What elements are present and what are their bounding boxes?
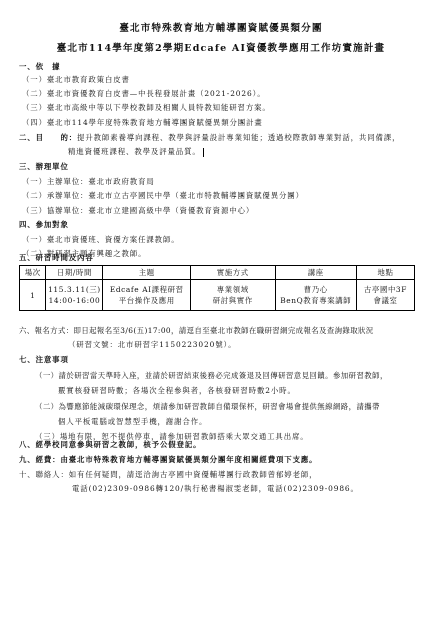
col-header-datetime: 日期/時間 [46,266,103,280]
text-cursor [203,148,204,157]
organizer-item: （三）協辦單位：臺北市立建國高級中學（資優教育資源中心） [22,206,254,216]
document-page: 臺北市特殊教育地方輔導團資賦優異類分團 臺北市114學年度第2學期Edcafe … [0,0,442,628]
document-title-line1: 臺北市特殊教育地方輔導團資賦優異類分團 [0,20,442,34]
section-purpose: 二、目 的：提升教師素養導向課程、教學與評量設計專業知能；透過校際教師專業對話，… [19,133,400,143]
purpose-text-line2-wrap[interactable]: 精進資優班課程、教學及評量品質。 [68,147,204,157]
col-header-topic: 主題 [103,266,191,280]
col-header-session: 場次 [20,266,46,280]
basis-item: （四）臺北市114學年度特殊教育地方輔導團資賦優異類分團計畫 [22,118,263,128]
basis-item: （一）臺北市教育政策白皮書 [22,75,130,85]
cell-topic-line1: Edcafe AI課程研習 [103,284,190,295]
cell-method-line1: 專業領域 [191,284,274,295]
participant-item: （一）臺北市資優班、資優方案任課教師。 [22,235,180,245]
cell-date: 115.3.11(三) [46,284,102,295]
section-basis-heading: 一、依 據 [19,62,60,72]
basis-item: （二）臺北市資優教育白皮書—中長程發展計畫（2021-2026）。 [22,89,266,99]
cell-topic: Edcafe AI課程研習 平台操作及應用 [103,280,191,311]
cell-method: 專業領域 研討與實作 [191,280,275,311]
section-contact-line1: 十、聯絡人：如有任何疑問，請逕洽詢古亭國中資優輔導團行政教師曾郁婷老師， [19,470,317,480]
registration-line2: （研習文號：北市研習字1150223020號）。 [68,340,236,350]
note-item-2-line1: （二）為響應節能減碳環保理念，煩請參加研習教師自備環保杯，研習會場會提供無線網路… [35,402,380,412]
section-purpose-heading: 二、目 的： [19,133,77,142]
note-item-1-line1: （一）請於研習當天準時入座，並請於研習結束後務必完成簽退及回傳研習意見回饋。參加… [35,371,388,381]
organizer-item: （一）主辦單位：臺北市政府教育局 [22,177,155,187]
cell-location-line2: 會議室 [357,295,414,306]
schedule-header-row: 場次 日期/時間 主題 實施方式 講座 地點 [20,266,415,280]
col-header-method: 實施方式 [191,266,275,280]
note-item-2-line2: 個人平板電腦或智慧型手機，謝謝合作。 [58,417,207,427]
cell-method-line2: 研討與實作 [191,295,274,306]
cell-location-line1: 古亭國中3F [357,284,414,295]
section-leave: 八、經學校同意參與研習之教師，核予公假登記。 [19,440,201,450]
purpose-text-line1: 提升教師素養導向課程、教學與評量設計專業知能；透過校際教師專業對話，共同備課， [77,133,400,142]
cell-location: 古亭國中3F 會議室 [356,280,414,311]
purpose-text-line2: 精進資優班課程、教學及評量品質。 [68,147,201,156]
col-header-speaker: 講座 [275,266,356,280]
section-contact-line2: 電話(02)2309-0986轉120/執行秘書楊淑雯老師，電話(02)2309… [72,484,359,494]
section-funding: 九、經費：由臺北市特殊教育地方輔導團資賦優異類分團年度相關經費項下支應。 [19,455,317,465]
schedule-table: 場次 日期/時間 主題 實施方式 講座 地點 1 115.3.11(三) 14:… [19,265,415,311]
cell-time: 14:00-16:00 [46,295,102,306]
table-row: 1 115.3.11(三) 14:00-16:00 Edcafe AI課程研習 … [20,280,415,311]
section-schedule-heading: 五、研習時間及內容 [19,253,94,263]
note-item-1-line2: 覈實核發研習時數；各場次全程參與者，各核發研習時數2小時。 [58,386,296,396]
document-title-line2: 臺北市114學年度第2學期Edcafe AI資優教學應用工作坊實施計畫 [0,40,442,54]
basis-item: （三）臺北市高級中等以下學校教師及相關人員特教知能研習方案。 [22,103,271,113]
section-organizers-heading: 三、辦理單位 [19,162,69,172]
cell-speaker-line2: BenQ教育專案講師 [276,295,356,306]
cell-topic-line2: 平台操作及應用 [103,295,190,306]
section-participants-heading: 四、參加對象 [19,220,69,230]
cell-speaker: 曹乃心 BenQ教育專案講師 [275,280,356,311]
section-notes-heading: 七、注意事項 [19,355,69,365]
registration-line1: 六、報名方式：即日起報名至3/6(五)17:00，請逕自至臺北市教師在職研習網完… [19,326,374,336]
cell-session: 1 [20,280,46,311]
cell-datetime: 115.3.11(三) 14:00-16:00 [46,280,103,311]
cell-speaker-line1: 曹乃心 [276,284,356,295]
organizer-item: （二）承辦單位：臺北市立古亭國民中學（臺北市特教輔導團資賦優異分團） [22,191,304,201]
col-header-location: 地點 [356,266,414,280]
